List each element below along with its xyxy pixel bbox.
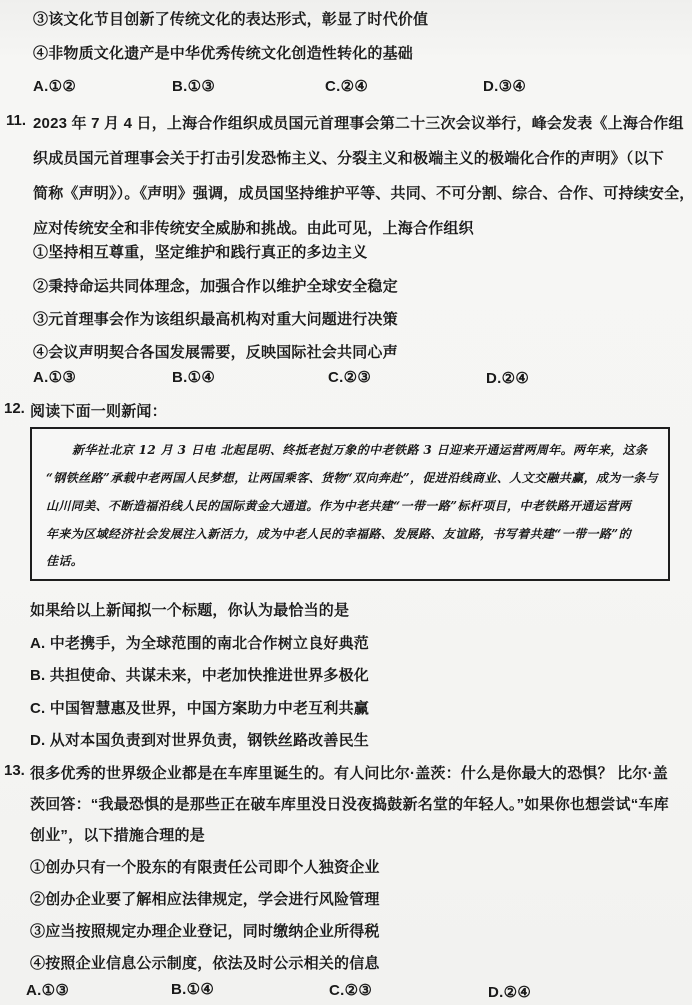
question-12-prompt: 如果给以上新闻拟一个标题，你认为最恰当的是 [30,599,349,620]
question-11-stem-line: 简称《声明》）。《声明》强调，成员国坚持维护平等、共同、不可分割、综合、合作、可… [33,182,692,203]
question-13-option-b: B.①④ [171,980,214,998]
news-line: 年来为区域经济社会发展注入新活力，成为中老人民的幸福路、发展路、友谊路，书写着共… [46,525,658,542]
question-11-option-c: C.②③ [328,368,371,386]
question-13-stem-line: 茨回答：“我最恐惧的是那些正在破车库里没日没夜捣鼓新名堂的年轻人。”如果你也想尝… [30,793,669,814]
prev-question-item-3: ③该文化节目创新了传统文化的表达形式，彰显了时代价值 [33,8,428,29]
question-11-item-1: ①坚持相互尊重，坚定维护和践行真正的多边主义 [33,241,367,262]
question-12-intro: 阅读下面一则新闻： [30,400,167,421]
question-11-stem-line: 织成员国元首理事会关于打击引发恐怖主义、分裂主义和极端主义的极端化合作的声明》（… [33,147,664,168]
prev-option-b: B.①③ [172,77,215,95]
question-13-option-c: C.②③ [329,981,372,999]
question-12-option-d: D. 从对本国负责到对世界负责，钢铁丝路改善民生 [30,729,369,750]
question-13-number: 13. [4,762,25,779]
question-11-number: 11. [6,112,26,129]
question-13-item-2: ②创办企业要了解相应法律规定，学会进行风险管理 [30,888,380,909]
question-11-option-a: A.①③ [33,368,76,386]
question-11-item-2: ②秉持命运共同体理念，加强合作以维护全球安全稳定 [33,275,398,296]
question-13-stem-line: 创业”，以下措施合理的是 [30,824,205,845]
question-11-stem-line: 2023 年 7 月 4 日，上海合作组织成员国元首理事会第二十三次会议举行，峰… [33,112,684,133]
prev-option-a: A.①② [33,77,76,95]
question-13-option-d: D.②④ [488,983,531,1001]
prev-option-c: C.②④ [325,77,368,95]
question-11-stem-line: 应对传统安全和非传统安全威胁和挑战。由此可见，上海合作组织 [33,217,474,238]
question-12-number: 12. [4,400,25,417]
question-11-option-b: B.①④ [172,368,215,386]
question-12-option-c: C. 中国智慧惠及世界，中国方案助力中老互利共赢 [30,697,369,718]
news-line: 新华社北京 12 月 3 日电 北起昆明、终抵老挝万象的中老铁路 3 日迎来开通… [72,441,684,458]
question-11-item-4: ④会议声明契合各国发展需要，反映国际社会共同心声 [33,341,398,362]
news-article-box: 新华社北京 12 月 3 日电 北起昆明、终抵老挝万象的中老铁路 3 日迎来开通… [30,427,670,581]
question-11-item-3: ③元首理事会作为该组织最高机构对重大问题进行决策 [33,308,398,329]
question-13-option-a: A.①③ [26,981,69,999]
news-line: 山川同美、不断造福沿线人民的国际黄金大通道。作为中老共建“一带一路”标杆项目，中… [46,497,658,514]
prev-question-item-4: ④非物质文化遗产是中华优秀传统文化创造性转化的基础 [33,42,413,63]
news-line: 佳话。 [46,552,658,569]
question-11-option-d: D.②④ [486,369,529,387]
question-13-item-3: ③应当按照规定办理企业登记，同时缴纳企业所得税 [30,920,380,941]
question-13-stem-line: 很多优秀的世界级企业都是在车库里诞生的。有人问比尔·盖茨：什么是你最大的恐惧？ … [30,762,668,783]
question-12-option-b: B. 共担使命、共谋未来，中老加快推进世界多极化 [30,664,369,685]
prev-option-d: D.③④ [483,77,526,95]
question-13-item-4: ④按照企业信息公示制度，依法及时公示相关的信息 [30,952,380,973]
exam-paper-page: ③该文化节目创新了传统文化的表达形式，彰显了时代价值 ④非物质文化遗产是中华优秀… [0,0,692,1005]
question-12-option-a: A. 中老携手，为全球范围的南北合作树立良好典范 [30,632,369,653]
news-line: “钢铁丝路”承载中老两国人民梦想，让两国乘客、货物“双向奔赴”，促进沿线商业、人… [46,469,658,486]
question-13-item-1: ①创办只有一个股东的有限责任公司即个人独资企业 [30,856,380,877]
